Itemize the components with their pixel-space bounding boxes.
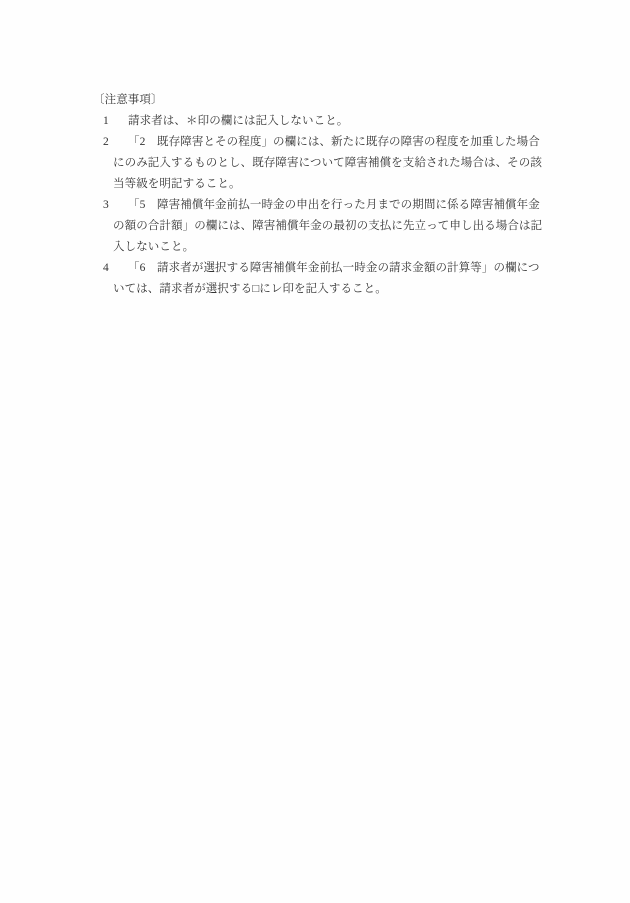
item-line: 2「2 既存障害とその程度」の欄には、新たに既存の障害の程度を加重した場合 [93,132,553,153]
item-number: 4 [103,258,128,279]
item-text-line: 「2 既存障害とその程度」の欄には、新たに既存の障害の程度を加重した場合 [128,136,540,148]
item-text-line: 「5 障害補償年金前払一時金の申出を行った月までの期間に係る障害補償年金 [128,199,540,211]
notice-item-1: 1請求者は、＊印の欄には記入しないこと。 [93,111,553,132]
document-page: 〔注意事項〕 1請求者は、＊印の欄には記入しないこと。 2「2 既存障害とその程… [0,0,630,903]
item-text-line: いては、請求者が選択する□にレ印を記入すること。 [93,279,553,300]
notice-heading: 〔注意事項〕 [93,90,553,111]
item-number: 3 [103,195,128,216]
item-line: 3「5 障害補償年金前払一時金の申出を行った月までの期間に係る障害補償年金 [93,195,553,216]
item-text-line: 当等級を明記すること。 [93,174,553,195]
notice-item-3: 3「5 障害補償年金前払一時金の申出を行った月までの期間に係る障害補償年金 の額… [93,195,553,258]
item-number: 1 [103,111,128,132]
item-text-line: の額の合計額」の欄には、障害補償年金の最初の支払に先立って申し出る場合は記 [93,216,553,237]
item-text-line: 請求者は、＊印の欄には記入しないこと。 [128,115,348,127]
item-text-line: 入しないこと。 [93,237,553,258]
item-text-line: にのみ記入するものとし、既存障害について障害補償を支給された場合は、その該 [93,153,553,174]
notice-item-4: 4「6 請求者が選択する障害補償年金前払一時金の請求金額の計算等」の欄につ いて… [93,258,553,300]
item-line: 1請求者は、＊印の欄には記入しないこと。 [93,111,553,132]
notice-section: 〔注意事項〕 1請求者は、＊印の欄には記入しないこと。 2「2 既存障害とその程… [93,90,553,300]
notice-item-2: 2「2 既存障害とその程度」の欄には、新たに既存の障害の程度を加重した場合 にの… [93,132,553,195]
item-number: 2 [103,132,128,153]
item-text-line: 「6 請求者が選択する障害補償年金前払一時金の請求金額の計算等」の欄につ [128,262,540,274]
item-line: 4「6 請求者が選択する障害補償年金前払一時金の請求金額の計算等」の欄につ [93,258,553,279]
